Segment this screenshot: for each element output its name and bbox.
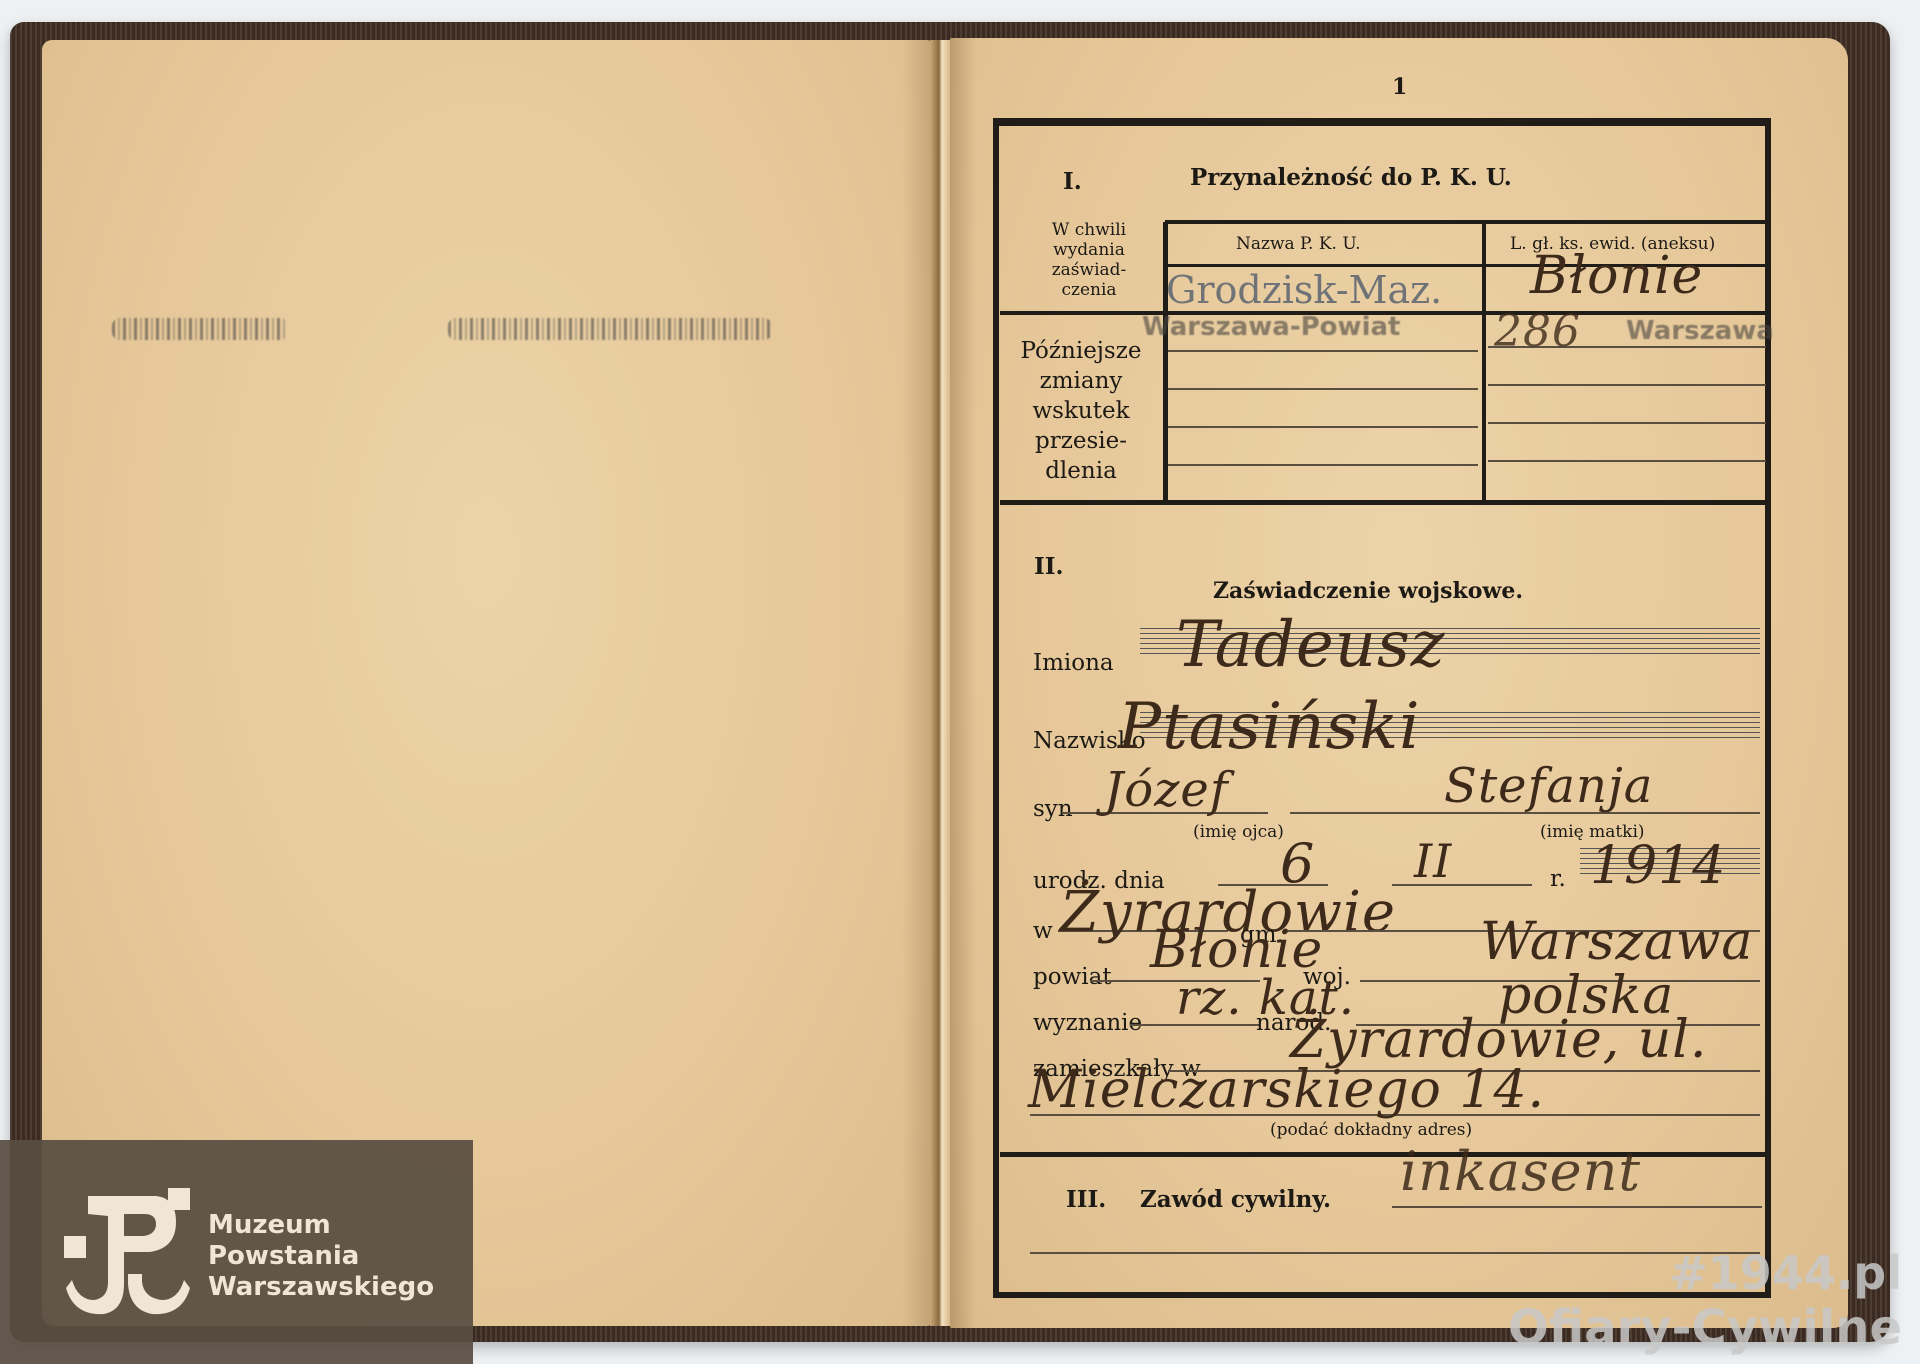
mother-name-value: Stefanja: [1444, 758, 1653, 814]
book-spine-gutter: [930, 40, 950, 1326]
section-1-numeral: I.: [1063, 168, 1082, 195]
father-name-value: Józef: [1104, 762, 1229, 818]
divider: [1000, 500, 1768, 505]
watermark-caption: Ofiary-Cywilne: [1508, 1300, 1902, 1356]
address-caption: (podać dokładny adres): [1270, 1120, 1472, 1140]
son-label: syn: [1033, 796, 1073, 822]
section-3-title: Zawód cywilny.: [1140, 1186, 1331, 1213]
divider: [1000, 1152, 1768, 1157]
issue-label-line: czenia: [1030, 280, 1148, 300]
blank-line: [1030, 1252, 1760, 1254]
year-label: r.: [1550, 866, 1566, 892]
first-name-value: Tadeusz: [1176, 608, 1446, 682]
handwritten-pku-place: Błonie: [1530, 246, 1703, 306]
religion-label: wyznanie: [1033, 1010, 1142, 1036]
first-name-label: Imiona: [1033, 650, 1114, 676]
father-caption: (imię ojca): [1193, 822, 1284, 842]
col-name-header: Nazwa P. K. U.: [1236, 234, 1361, 254]
stamp-city: Warszawa: [1626, 316, 1774, 346]
blank-line: [1168, 388, 1478, 390]
museum-name-line: Warszawskiego: [208, 1272, 434, 1303]
museum-name-line: Muzeum: [208, 1210, 434, 1241]
handwritten-ledger-number: 286: [1494, 306, 1581, 357]
occupation-value: inkasent: [1400, 1140, 1641, 1203]
museum-name-line: Powstania: [208, 1241, 434, 1272]
powiat-label: powiat: [1033, 964, 1112, 990]
divider: [1165, 220, 1765, 224]
page-number: 1: [1392, 74, 1407, 100]
stamp-district: Warszawa-Powiat: [1142, 312, 1400, 342]
later-changes-label: Późniejsze zmiany wskutek przesie- dleni…: [1006, 336, 1156, 486]
watermark-hashtag: #1944.pl: [1669, 1246, 1902, 1300]
issue-label-line: zaświad-: [1030, 260, 1148, 280]
later-changes-line: przesie-: [1006, 426, 1156, 456]
blank-line: [1168, 426, 1478, 428]
museum-name: Muzeum Powstania Warszawskiego: [208, 1210, 434, 1303]
later-changes-line: Późniejsze: [1006, 336, 1156, 366]
issue-label: W chwili wydania zaświad- czenia: [1030, 220, 1148, 300]
blank-line: [1168, 350, 1478, 352]
stamp-pku-name: Grodzisk-Maz.: [1166, 268, 1442, 312]
blank-line: [1168, 464, 1478, 466]
section-1-title: Przynależność do P. K. U.: [1190, 164, 1512, 191]
birth-year-value: 1914: [1590, 836, 1726, 896]
residence-line2-value: Mielczarskiego 14.: [1028, 1060, 1545, 1120]
later-changes-line: zmiany: [1006, 366, 1156, 396]
section-2-numeral: II.: [1034, 553, 1064, 580]
faded-stamp-right: [448, 318, 772, 340]
blank-line: [1488, 384, 1766, 386]
issue-label-line: wydania: [1030, 240, 1148, 260]
occupation-line: [1392, 1206, 1762, 1208]
kotwica-anchor-icon: [64, 1188, 194, 1328]
month-line: [1392, 884, 1532, 886]
section-3-numeral: III.: [1066, 1186, 1106, 1213]
issue-label-line: W chwili: [1030, 220, 1148, 240]
birth-month-value: II: [1414, 834, 1452, 888]
faded-stamp-left: [112, 318, 288, 340]
museum-logo-badge: Muzeum Powstania Warszawskiego: [0, 1140, 473, 1364]
left-page: [42, 40, 930, 1326]
later-changes-line: wskutek: [1006, 396, 1156, 426]
section-2-title: Zaświadczenie wojskowe.: [1213, 578, 1523, 604]
voivodeship-value: Warszawa: [1480, 912, 1753, 972]
later-changes-line: dlenia: [1006, 456, 1156, 486]
blank-line: [1488, 422, 1766, 424]
place-label: w: [1033, 918, 1053, 944]
blank-line: [1488, 460, 1766, 462]
surname-value: Ptasiński: [1118, 690, 1421, 764]
